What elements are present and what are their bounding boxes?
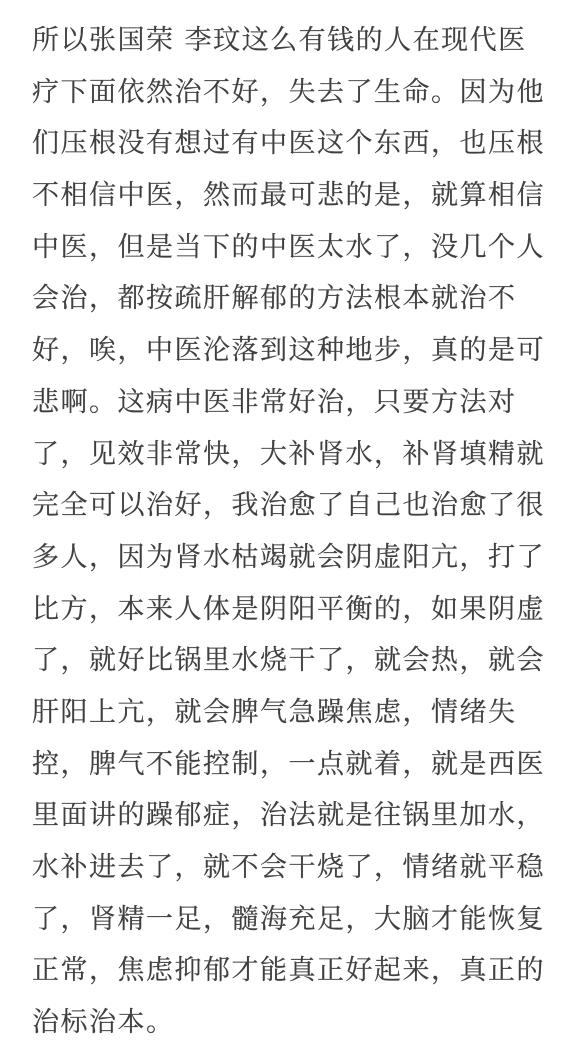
text-line-5: 中医，但是当下的中医太水了，没几个人 — [32, 222, 560, 274]
handwritten-text-page: 所以张国荣 李玟这么有钱的人在现代医 疗下面依然治不好，失去了生命。因为他 们压… — [0, 0, 580, 1057]
text-line-1: 所以张国荣 李玟这么有钱的人在现代医 — [32, 15, 560, 67]
text-line-18: 了，肾精一足，髓海充足，大脑才能恢复 — [32, 894, 560, 946]
text-line-3: 们压根没有想过有中医这个东西，也压根 — [32, 118, 560, 170]
text-line-14: 肝阳上亢，就会脾气急躁焦虑，情绪失 — [32, 687, 560, 739]
text-line-13: 了，就好比锅里水烧干了，就会热，就会 — [32, 635, 560, 687]
text-line-9: 了，见效非常快，大补肾水，补肾填精就 — [32, 429, 560, 481]
text-line-10: 完全可以治好，我治愈了自己也治愈了很 — [32, 480, 560, 532]
text-line-11: 多人，因为肾水枯竭就会阴虚阳亢，打了 — [32, 532, 560, 584]
text-line-4: 不相信中医，然而最可悲的是，就算相信 — [32, 170, 560, 222]
text-line-2: 疗下面依然治不好，失去了生命。因为他 — [32, 67, 560, 119]
text-line-17: 水补进去了，就不会干烧了，情绪就平稳 — [32, 842, 560, 894]
text-line-7: 好，唉，中医沦落到这种地步，真的是可 — [32, 325, 560, 377]
text-line-15: 控，脾气不能控制，一点就着，就是西医 — [32, 739, 560, 791]
text-line-6: 会治，都按疏肝解郁的方法根本就治不 — [32, 273, 560, 325]
text-line-19: 正常，焦虑抑郁才能真正好起来，真正的 — [32, 945, 560, 997]
text-line-12: 比方，本来人体是阴阳平衡的，如果阴虚 — [32, 584, 560, 636]
text-line-16: 里面讲的躁郁症，治法就是往锅里加水， — [32, 790, 560, 842]
text-line-20: 治标治本。 — [32, 997, 560, 1049]
text-line-8: 悲啊。这病中医非常好治，只要方法对 — [32, 377, 560, 429]
